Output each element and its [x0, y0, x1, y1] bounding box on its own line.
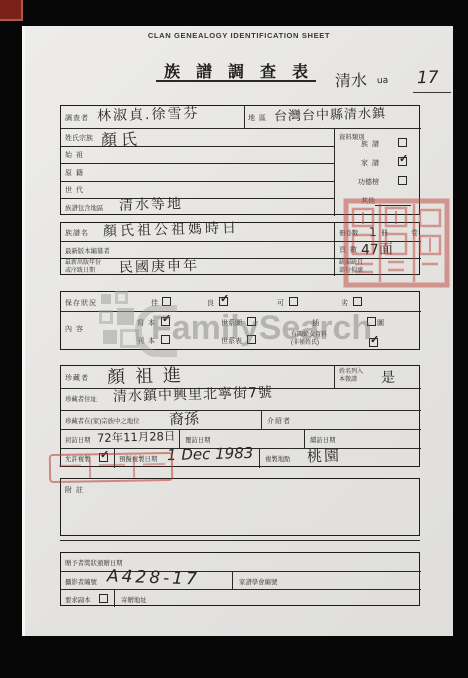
position-value: 裔孫: [169, 408, 200, 430]
corner-seal-stamp: [0, 0, 23, 21]
introducer-label: 介紹者: [267, 416, 291, 426]
surveyor-value: 林淑貞.徐雪芬: [97, 103, 200, 126]
generation-label: 世 代: [65, 185, 84, 195]
red-seal-stamp: [343, 198, 450, 288]
clan-label: 姓氏宗族: [65, 133, 93, 143]
photographer-value: A428-17: [107, 566, 200, 589]
notes-label: 附 註: [65, 485, 84, 495]
annotation-number: 17: [417, 68, 439, 89]
line: [259, 448, 260, 468]
watermark-text: FamilySearch: [151, 309, 372, 348]
holder-label: 珍藏者: [65, 373, 89, 383]
line: [304, 429, 305, 448]
checkbox-genealogy: [398, 138, 407, 147]
line: [114, 589, 115, 607]
genealogy-name-label: 族譜名: [65, 228, 89, 238]
line: [61, 181, 334, 182]
watermark-logo-square: [99, 310, 113, 324]
annotation-place: 清水: [335, 68, 368, 92]
rectangular-red-stamp: [49, 452, 173, 483]
checkbox-poor: [353, 297, 362, 306]
copy-place-value: 桃園: [307, 445, 342, 467]
position-label: 珍藏者在(家)宗族中之地位: [65, 416, 140, 425]
annotation-mark: ua: [377, 76, 388, 86]
checkbox-request-copy: [99, 594, 108, 603]
english-title: CLAN GENEALOGY IDENTIFICATION SHEET: [25, 31, 453, 40]
area-label: 地 區: [248, 113, 267, 123]
checkbox-family-register: ✓: [398, 157, 407, 166]
watermark-logo-square: [103, 330, 117, 344]
stamp-divider: [133, 457, 135, 478]
page-title: 族 譜 調 查 表: [25, 59, 453, 82]
next-visit-label: 續訪日期: [310, 435, 336, 444]
condition-label: 保存狀況: [65, 298, 97, 308]
condition-option: 劣: [341, 298, 349, 308]
line: [61, 163, 334, 164]
watermark-logo-square: [117, 308, 134, 325]
line: [244, 106, 245, 128]
first-visit-value: 72年11月28日: [97, 428, 176, 446]
surveyor-label: 調查者: [65, 113, 89, 123]
first-visit-label: 初訪日期: [65, 435, 91, 444]
pubyear-label: 最新出版年份 或序跋日期: [65, 260, 101, 275]
category-item-label: 功德榜: [358, 177, 379, 187]
content-label: 內 容: [65, 324, 84, 334]
society-label: 家譜學會編號: [239, 577, 277, 586]
pubyear-value: 民國庚申年: [119, 255, 199, 277]
watermark-logo-square: [115, 291, 128, 304]
photographer-label: 攝影者編號: [65, 577, 97, 586]
mailing-address-label: 寄贈地址: [121, 595, 147, 604]
copy-date-value: 1 Dec 1983: [167, 444, 254, 464]
copy-place-label: 複製地點: [265, 454, 291, 463]
listed-value: 是: [381, 367, 396, 387]
stamp-divider: [89, 457, 91, 478]
title-underline: [156, 80, 316, 82]
stamp-mark: [143, 463, 165, 465]
listed-label-line2: 本微譜: [339, 377, 363, 385]
origin-label: 原 籍: [65, 168, 84, 178]
line: [334, 128, 335, 216]
stamp-mark: [99, 464, 125, 466]
line: [61, 198, 334, 199]
check-mark: ✓: [399, 152, 408, 165]
divider-line: [60, 540, 420, 541]
pubyear-label-line2: 或序跋日期: [65, 268, 101, 276]
check-mark: ✓: [220, 292, 229, 305]
section-holder-info: 珍藏者 顏祖進 姓名列入 本微譜 是 珍藏者住址 清水鎮中興里北寧街7號 珍藏者…: [60, 365, 420, 467]
condition-option: 良: [207, 298, 215, 308]
line: [334, 223, 335, 276]
compiler-label: 最新版本編纂者: [65, 246, 110, 255]
address-value: 清水鎮中興里北寧街7號: [113, 382, 273, 406]
line: [261, 410, 262, 429]
line: [232, 571, 233, 589]
address-label: 珍藏者住址: [65, 394, 97, 403]
listed-label: 姓名列入 本微譜: [339, 369, 363, 384]
genealogy-name-value: 顏氏祖公祖媽時日: [103, 217, 239, 241]
category-item-label: 家 譜: [361, 158, 380, 168]
ancestor-label: 始 祖: [65, 150, 84, 160]
annotation-underline: [413, 92, 451, 93]
pubyear-label-line1: 最新出版年份: [65, 260, 101, 268]
coverage-label: 族譜包含地區: [65, 203, 103, 212]
checkbox-fair: ✓: [219, 297, 228, 306]
checkbox-merit-board: [398, 176, 407, 185]
form-paper: CLAN GENEALOGY IDENTIFICATION SHEET 族 譜 …: [22, 26, 453, 636]
line: [61, 410, 421, 411]
line: [334, 366, 335, 388]
listed-label-line1: 姓名列入: [339, 369, 363, 377]
clan-value: 顏氏: [101, 126, 142, 150]
condition-option: 可: [277, 298, 285, 308]
stamp-mark: [59, 465, 81, 467]
section-notes: 附 註: [60, 478, 420, 536]
section-admin-info: 贈予者獎狀頒贈日期 攝影者編號 A428-17 家譜學會編號 要求副本 寄贈地址: [60, 552, 420, 606]
category-item-label: 族 譜: [361, 139, 380, 149]
coverage-value: 清水等地: [119, 193, 184, 215]
request-copy-label: 要求副本: [65, 595, 91, 604]
area-value: 台灣台中縣清水鎮: [274, 103, 386, 125]
checkbox-ok: [289, 297, 298, 306]
revisit-label: 覆訪日期: [185, 435, 211, 444]
watermark-logo-square: [101, 294, 111, 304]
scanned-document-frame: CLAN GENEALOGY IDENTIFICATION SHEET 族 譜 …: [0, 0, 468, 678]
